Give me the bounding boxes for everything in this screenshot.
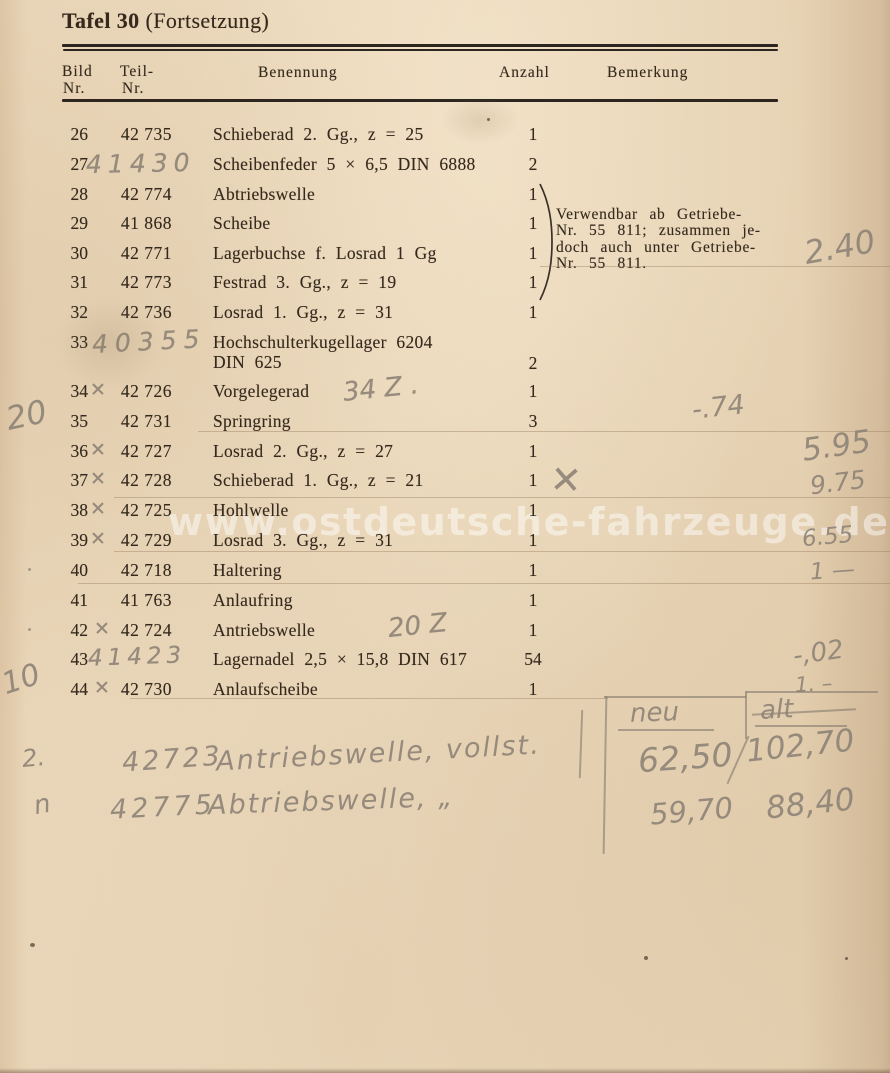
bild-nr: 39 bbox=[56, 530, 88, 551]
pencil-teil-nr: 42775 bbox=[109, 789, 216, 826]
teil-nr: 42 725 bbox=[118, 500, 172, 521]
teil-nr: 42 771 bbox=[118, 243, 172, 264]
qty-group-brace bbox=[537, 182, 555, 302]
benennung: Scheibenfeder 5 × 6,5 DIN 6888 bbox=[213, 154, 476, 175]
header-rule bbox=[62, 99, 778, 102]
bemerkung-note: Verwendbar ab Getriebe- Nr. 55 811; zusa… bbox=[556, 207, 761, 272]
ruled-line bbox=[114, 497, 890, 498]
pencil-margin-qty: 2. bbox=[21, 743, 46, 773]
anzahl: 1 bbox=[516, 590, 550, 611]
teil-nr: 42 718 bbox=[118, 560, 172, 581]
bild-nr: 36 bbox=[56, 441, 88, 462]
table-row-38: 38 ✕ 42 725 Hohlwelle 1 bbox=[0, 500, 890, 522]
paper-speck bbox=[644, 956, 648, 960]
title-table-number: Tafel 30 bbox=[62, 8, 140, 33]
table-row-43: 43 41423 Lagernadel 2,5 × 15,8 DIN 617 5… bbox=[0, 649, 890, 671]
ruled-line bbox=[114, 551, 890, 552]
table-row-40: 40 42 718 Haltering 1 bbox=[0, 560, 890, 582]
pencil-price: 1 — bbox=[809, 556, 856, 585]
pencil-underline-neu bbox=[618, 729, 714, 731]
bild-nr: 35 bbox=[56, 411, 88, 432]
top-rule-2 bbox=[63, 49, 778, 51]
table-row-37: 37 ✕ 42 728 Schieberad 1. Gg., z = 21 1 bbox=[0, 470, 890, 492]
bild-nr: 42 bbox=[56, 620, 88, 641]
pencil-price-neu: 59,70 bbox=[649, 790, 735, 831]
anzahl: 1 bbox=[516, 381, 550, 402]
table-row-42: 42 ✕ 42 724 Antriebswelle 20 Z 1 bbox=[0, 620, 890, 642]
pencil-benennung: Abtriebswelle, „ bbox=[208, 782, 455, 822]
col-header-bild: Bild bbox=[62, 63, 93, 81]
benennung: Schieberad 2. Gg., z = 25 bbox=[213, 124, 424, 145]
benennung-line1: Hochschulterkugellager 6204 bbox=[213, 332, 433, 353]
pencil-x-mark: ✕ bbox=[90, 468, 106, 490]
table-row-31: 31 42 773 Festrad 3. Gg., z = 19 1 bbox=[0, 272, 890, 294]
benennung: Springring bbox=[213, 411, 291, 432]
pencil-x-mark: ✕ bbox=[90, 528, 106, 550]
page-title: Tafel 30 (Fortsetzung) bbox=[62, 8, 269, 34]
benennung: Antriebswelle bbox=[213, 620, 315, 641]
teil-nr: 42 730 bbox=[118, 679, 172, 700]
ruled-line bbox=[78, 583, 890, 584]
benennung: Lagernadel 2,5 × 15,8 DIN 617 bbox=[213, 649, 467, 670]
bild-nr: 44 bbox=[56, 679, 88, 700]
bild-nr: 29 bbox=[56, 213, 88, 234]
benennung-line2: DIN 625 bbox=[213, 352, 282, 373]
anzahl: 1 bbox=[516, 560, 550, 581]
pencil-price: 6.55 bbox=[801, 522, 854, 552]
benennung: Scheibe bbox=[213, 213, 271, 234]
pencil-price-alt: 88,40 bbox=[764, 781, 856, 826]
bild-nr: 28 bbox=[56, 184, 88, 205]
paper-smudge bbox=[440, 95, 520, 145]
benennung: Haltering bbox=[213, 560, 282, 581]
teil-nr: 42 728 bbox=[118, 470, 172, 491]
pencil-col-neu: neu bbox=[629, 697, 679, 729]
anzahl: 1 bbox=[516, 470, 550, 491]
bild-nr: 27 bbox=[56, 154, 88, 175]
pencil-margin-qty: n bbox=[32, 789, 53, 821]
table-row-27: 27 41430 Scheibenfeder 5 × 6,5 DIN 6888 … bbox=[0, 154, 890, 176]
table-row-28: 28 42 774 Abtriebswelle 1 bbox=[0, 184, 890, 206]
teil-nr: 42 729 bbox=[118, 530, 172, 551]
anzahl: 1 bbox=[516, 530, 550, 551]
table-row-36: 36 ✕ 42 727 Losrad 2. Gg., z = 27 1 bbox=[0, 441, 890, 463]
table-row-35: 35 42 731 Springring 3 bbox=[0, 411, 890, 433]
teil-nr: 41 763 bbox=[118, 590, 172, 611]
title-continuation: (Fortsetzung) bbox=[140, 8, 270, 33]
benennung: Anlaufring bbox=[213, 590, 293, 611]
benennung: Losrad 2. Gg., z = 27 bbox=[213, 441, 393, 462]
pencil-box-line bbox=[745, 691, 747, 739]
pencil-teil-nr: 42723 bbox=[121, 741, 224, 779]
pencil-box-line bbox=[603, 696, 607, 854]
anzahl: 1 bbox=[516, 679, 550, 700]
bild-nr: 37 bbox=[56, 470, 88, 491]
top-rule-1 bbox=[62, 44, 778, 47]
pencil-box-line bbox=[579, 710, 583, 778]
benennung: Vorgelegerad bbox=[213, 381, 309, 402]
bild-nr: 31 bbox=[56, 272, 88, 293]
pencil-benennung: Antriebswelle, vollst. bbox=[215, 730, 541, 778]
col-header-bild-nr: Nr. bbox=[63, 80, 85, 98]
benennung: Hohlwelle bbox=[213, 500, 289, 521]
bild-nr: 30 bbox=[56, 243, 88, 264]
pencil-price-alt: 102,70 bbox=[744, 722, 856, 769]
col-header-bemerkung: Bemerkung bbox=[607, 64, 688, 82]
anzahl: 1 bbox=[516, 302, 550, 323]
bild-nr: 40 bbox=[56, 560, 88, 581]
paper-speck bbox=[30, 943, 35, 947]
benennung: Lagerbuchse f. Losrad 1 Gg bbox=[213, 243, 437, 264]
bemerkung-line1: Verwendbar ab Getriebe- bbox=[556, 207, 761, 223]
teil-nr: 42 735 bbox=[118, 124, 172, 145]
anzahl: 1 bbox=[516, 500, 550, 521]
bild-nr: 38 bbox=[56, 500, 88, 521]
pencil-price-neu: 62,50 bbox=[637, 735, 734, 780]
pencil-dot bbox=[28, 628, 31, 631]
bild-nr: 26 bbox=[56, 124, 88, 145]
anzahl: 2 bbox=[516, 353, 550, 374]
anzahl: 1 bbox=[516, 441, 550, 462]
pencil-price: 9.75 bbox=[808, 465, 867, 501]
scanned-parts-list-page: www.ostdeutsche-fahrzeuge.de Tafel 30 (F… bbox=[0, 0, 890, 1073]
anzahl: 3 bbox=[516, 411, 550, 432]
pencil-x-mark: ✕ bbox=[94, 618, 110, 640]
bemerkung-line2: Nr. 55 811; zusammen je- bbox=[556, 223, 761, 239]
benennung: Anlaufscheibe bbox=[213, 679, 318, 700]
teil-nr: 42 724 bbox=[118, 620, 172, 641]
teil-nr: 42 727 bbox=[118, 441, 172, 462]
bild-nr: 41 bbox=[56, 590, 88, 611]
pencil-box-line bbox=[746, 691, 878, 693]
handwritten-teeth-note: 20 Z bbox=[387, 608, 449, 644]
teil-nr: 42 731 bbox=[118, 411, 172, 432]
pencil-x-mark: ✕ bbox=[90, 498, 106, 520]
bemerkung-line4: Nr. 55 811. bbox=[556, 256, 761, 272]
anzahl: 1 bbox=[516, 124, 550, 145]
teil-nr: 41 868 bbox=[118, 213, 172, 234]
benennung: Festrad 3. Gg., z = 19 bbox=[213, 272, 396, 293]
col-header-anzahl: Anzahl bbox=[499, 64, 550, 82]
col-header-teil: Teil- bbox=[120, 63, 154, 81]
pencil-big-x-mark: ✕ bbox=[549, 457, 584, 503]
anzahl: 2 bbox=[516, 154, 550, 175]
col-header-teil-nr: Nr. bbox=[122, 80, 144, 98]
benennung: Abtriebswelle bbox=[213, 184, 315, 205]
anzahl: 1 bbox=[516, 620, 550, 641]
pencil-price: 1. – bbox=[794, 671, 832, 697]
paper-speck bbox=[487, 118, 490, 121]
pencil-price: -.74 bbox=[691, 389, 747, 425]
benennung: Schieberad 1. Gg., z = 21 bbox=[213, 470, 424, 491]
ruled-line bbox=[130, 698, 608, 699]
teil-nr-handwritten: 41423 bbox=[88, 642, 187, 671]
bild-nr: 43 bbox=[56, 649, 88, 670]
anzahl: 54 bbox=[516, 649, 550, 670]
table-row-39: 39 ✕ 42 729 Losrad 3. Gg., z = 31 1 bbox=[0, 530, 890, 552]
col-header-benennung: Benennung bbox=[258, 64, 338, 82]
ruled-line bbox=[198, 431, 890, 432]
teil-nr-handwritten: 41430 bbox=[86, 148, 196, 179]
teil-nr: 42 773 bbox=[118, 272, 172, 293]
paper-speck bbox=[845, 957, 848, 960]
teil-nr: 42 774 bbox=[118, 184, 172, 205]
paper-smudge bbox=[55, 295, 165, 390]
benennung: Losrad 3. Gg., z = 31 bbox=[213, 530, 393, 551]
pencil-col-alt: alt bbox=[759, 694, 794, 726]
benennung: Losrad 1. Gg., z = 31 bbox=[213, 302, 393, 323]
pencil-x-mark: ✕ bbox=[90, 439, 106, 461]
handwritten-teeth-note: 34 Z . bbox=[342, 370, 420, 408]
pencil-x-mark: ✕ bbox=[94, 677, 110, 699]
bemerkung-line3: doch auch unter Getriebe- bbox=[556, 240, 761, 256]
pencil-dot bbox=[28, 568, 31, 571]
